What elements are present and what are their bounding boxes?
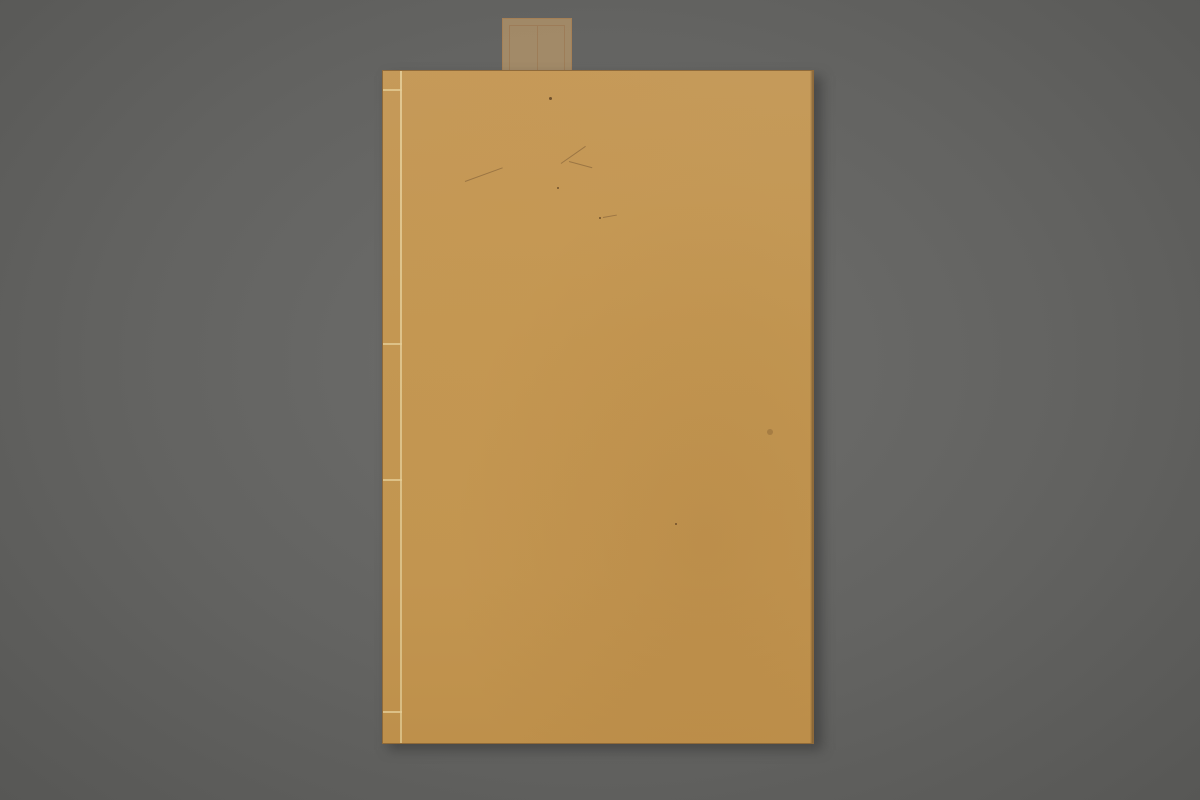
cover-right-edge [810, 71, 813, 743]
binding-thread-vertical [400, 71, 402, 743]
cover-fiber [465, 167, 503, 182]
cover-speck [675, 523, 677, 525]
cover-speck [549, 97, 552, 100]
binding-stitch [383, 479, 402, 481]
cover-fiber [569, 161, 592, 168]
cover-fiber [603, 215, 617, 218]
binding-stitch [383, 89, 402, 91]
cover-speck [599, 217, 601, 219]
binding-stitch [383, 711, 402, 713]
book-cover [382, 70, 814, 744]
cover-speck [557, 187, 559, 189]
binding-stitch [383, 343, 402, 345]
cover-stain [767, 429, 773, 435]
label-grid [509, 25, 565, 73]
